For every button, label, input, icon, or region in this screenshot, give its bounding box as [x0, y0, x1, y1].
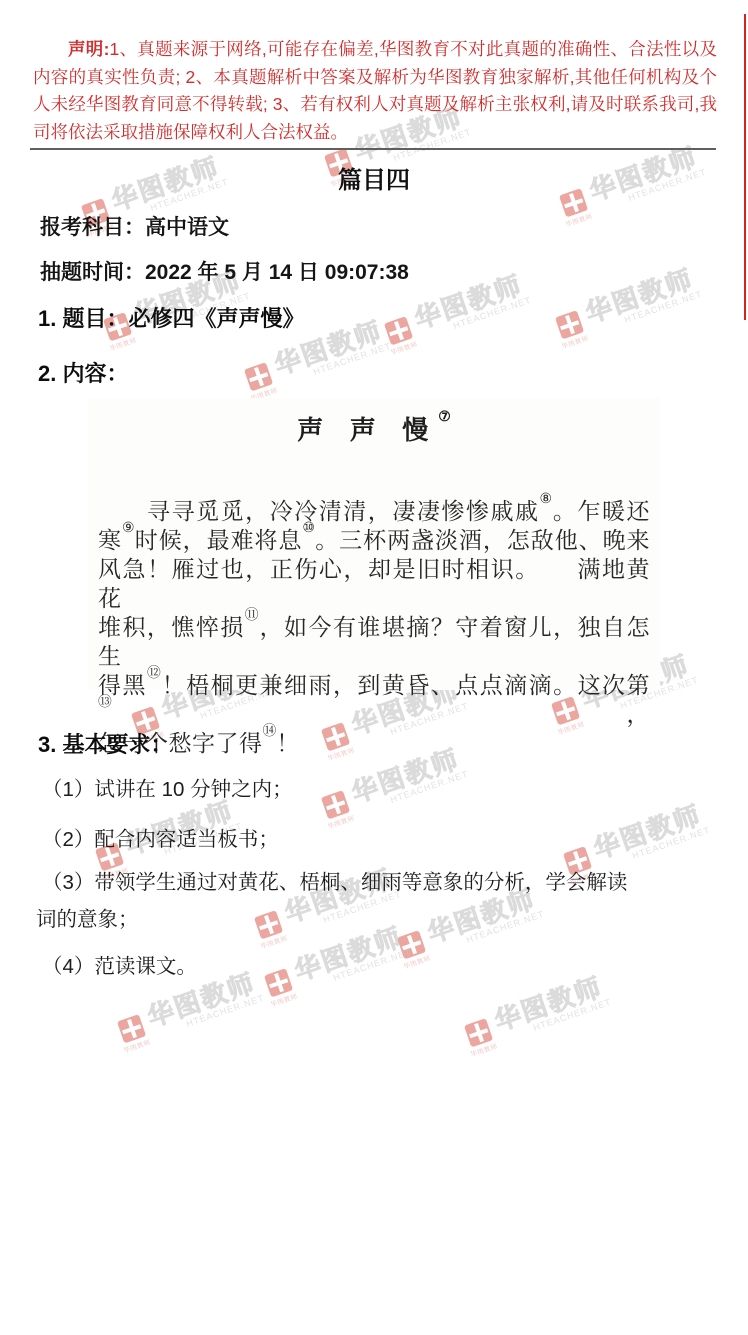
requirement-item: （1）试讲在 10 分钟之内；	[42, 771, 293, 808]
disclaimer-divider	[30, 148, 716, 150]
subject-label: 报考科目：	[40, 216, 145, 239]
huatu-watermark: 华图教师华图教师HTEACHER.NET	[118, 1012, 268, 1056]
draw-time-value: 2022 年 5 月 14 日 09:07:38	[145, 261, 409, 284]
page-title: 篇目四	[0, 160, 748, 195]
poem-line: 得黑⑫！梧桐更兼细雨，到黄昏、点点滴滴。这次第⑬，	[98, 671, 650, 729]
huatu-watermark: 华图教师华图教师HTEACHER.NET	[556, 308, 706, 352]
disclaimer-label: 声明:	[68, 39, 109, 59]
poem-line: 寻寻觅觅，冷冷清清，凄凄惨惨戚戚⑧。乍暖还	[98, 497, 650, 526]
poem-title: 声 声 慢⑦	[88, 410, 660, 447]
requirement-item: （2）配合内容适当板书；	[42, 821, 279, 858]
poem-line: 堆积，憔悴损⑪，如今有谁堪摘？守着窗儿，独自怎生	[98, 613, 650, 671]
question-heading: 1. 题目：必修四《声声慢》	[38, 302, 304, 333]
poem-line: 寒⑨时候，最难将息⑩。三杯两盏淡酒，怎敌他、晚来	[98, 526, 650, 555]
huatu-watermark: 华图教师华图教师HTEACHER.NET	[465, 1016, 615, 1060]
huatu-watermark: 华图教师华图教师HTEACHER.NET	[265, 966, 415, 1010]
poem-line: 怎一个愁字了得⑭！	[98, 729, 650, 758]
subject-value: 高中语文	[145, 216, 229, 239]
requirement-item: （3）带领学生通过对黄花、梧桐、细雨等意象的分析，学会解读 词的意象；	[42, 864, 627, 938]
poem-scan: 声 声 慢⑦ 寻寻觅觅，冷冷清清，凄凄惨惨戚戚⑧。乍暖还 寒⑨时候，最难将息⑩。…	[88, 398, 660, 690]
poem-body: 寻寻觅觅，冷冷清清，凄凄惨惨戚戚⑧。乍暖还 寒⑨时候，最难将息⑩。三杯两盏淡酒，…	[98, 497, 650, 758]
subject-row: 报考科目：高中语文	[40, 211, 229, 241]
disclaimer-text: 1、真题来源于网络,可能存在偏差,华图教育不对此真题的准确性、合法性以及内容的真…	[33, 39, 717, 142]
huatu-watermark: 华图教师华图教师HTEACHER.NET	[322, 788, 472, 832]
draw-time-label: 抽题时间：	[40, 261, 145, 284]
poem-line: 风急！雁过也，正伤心，却是旧时相识。 满地黄花	[98, 555, 650, 613]
huatu-watermark: 华图教师华图教师HTEACHER.NET	[385, 314, 535, 358]
content-heading: 2. 内容：	[38, 357, 128, 388]
disclaimer-notice: 声明:1、真题来源于网络,可能存在偏差,华图教育不对此真题的准确性、合法性以及内…	[33, 36, 717, 146]
requirements-heading: 3. 基本要求：	[38, 728, 172, 759]
requirement-item: （4）范读课文。	[42, 948, 197, 985]
draw-time-row: 抽题时间：2022 年 5 月 14 日 09:07:38	[40, 256, 409, 286]
poem-title-footnote: ⑦	[438, 410, 451, 425]
